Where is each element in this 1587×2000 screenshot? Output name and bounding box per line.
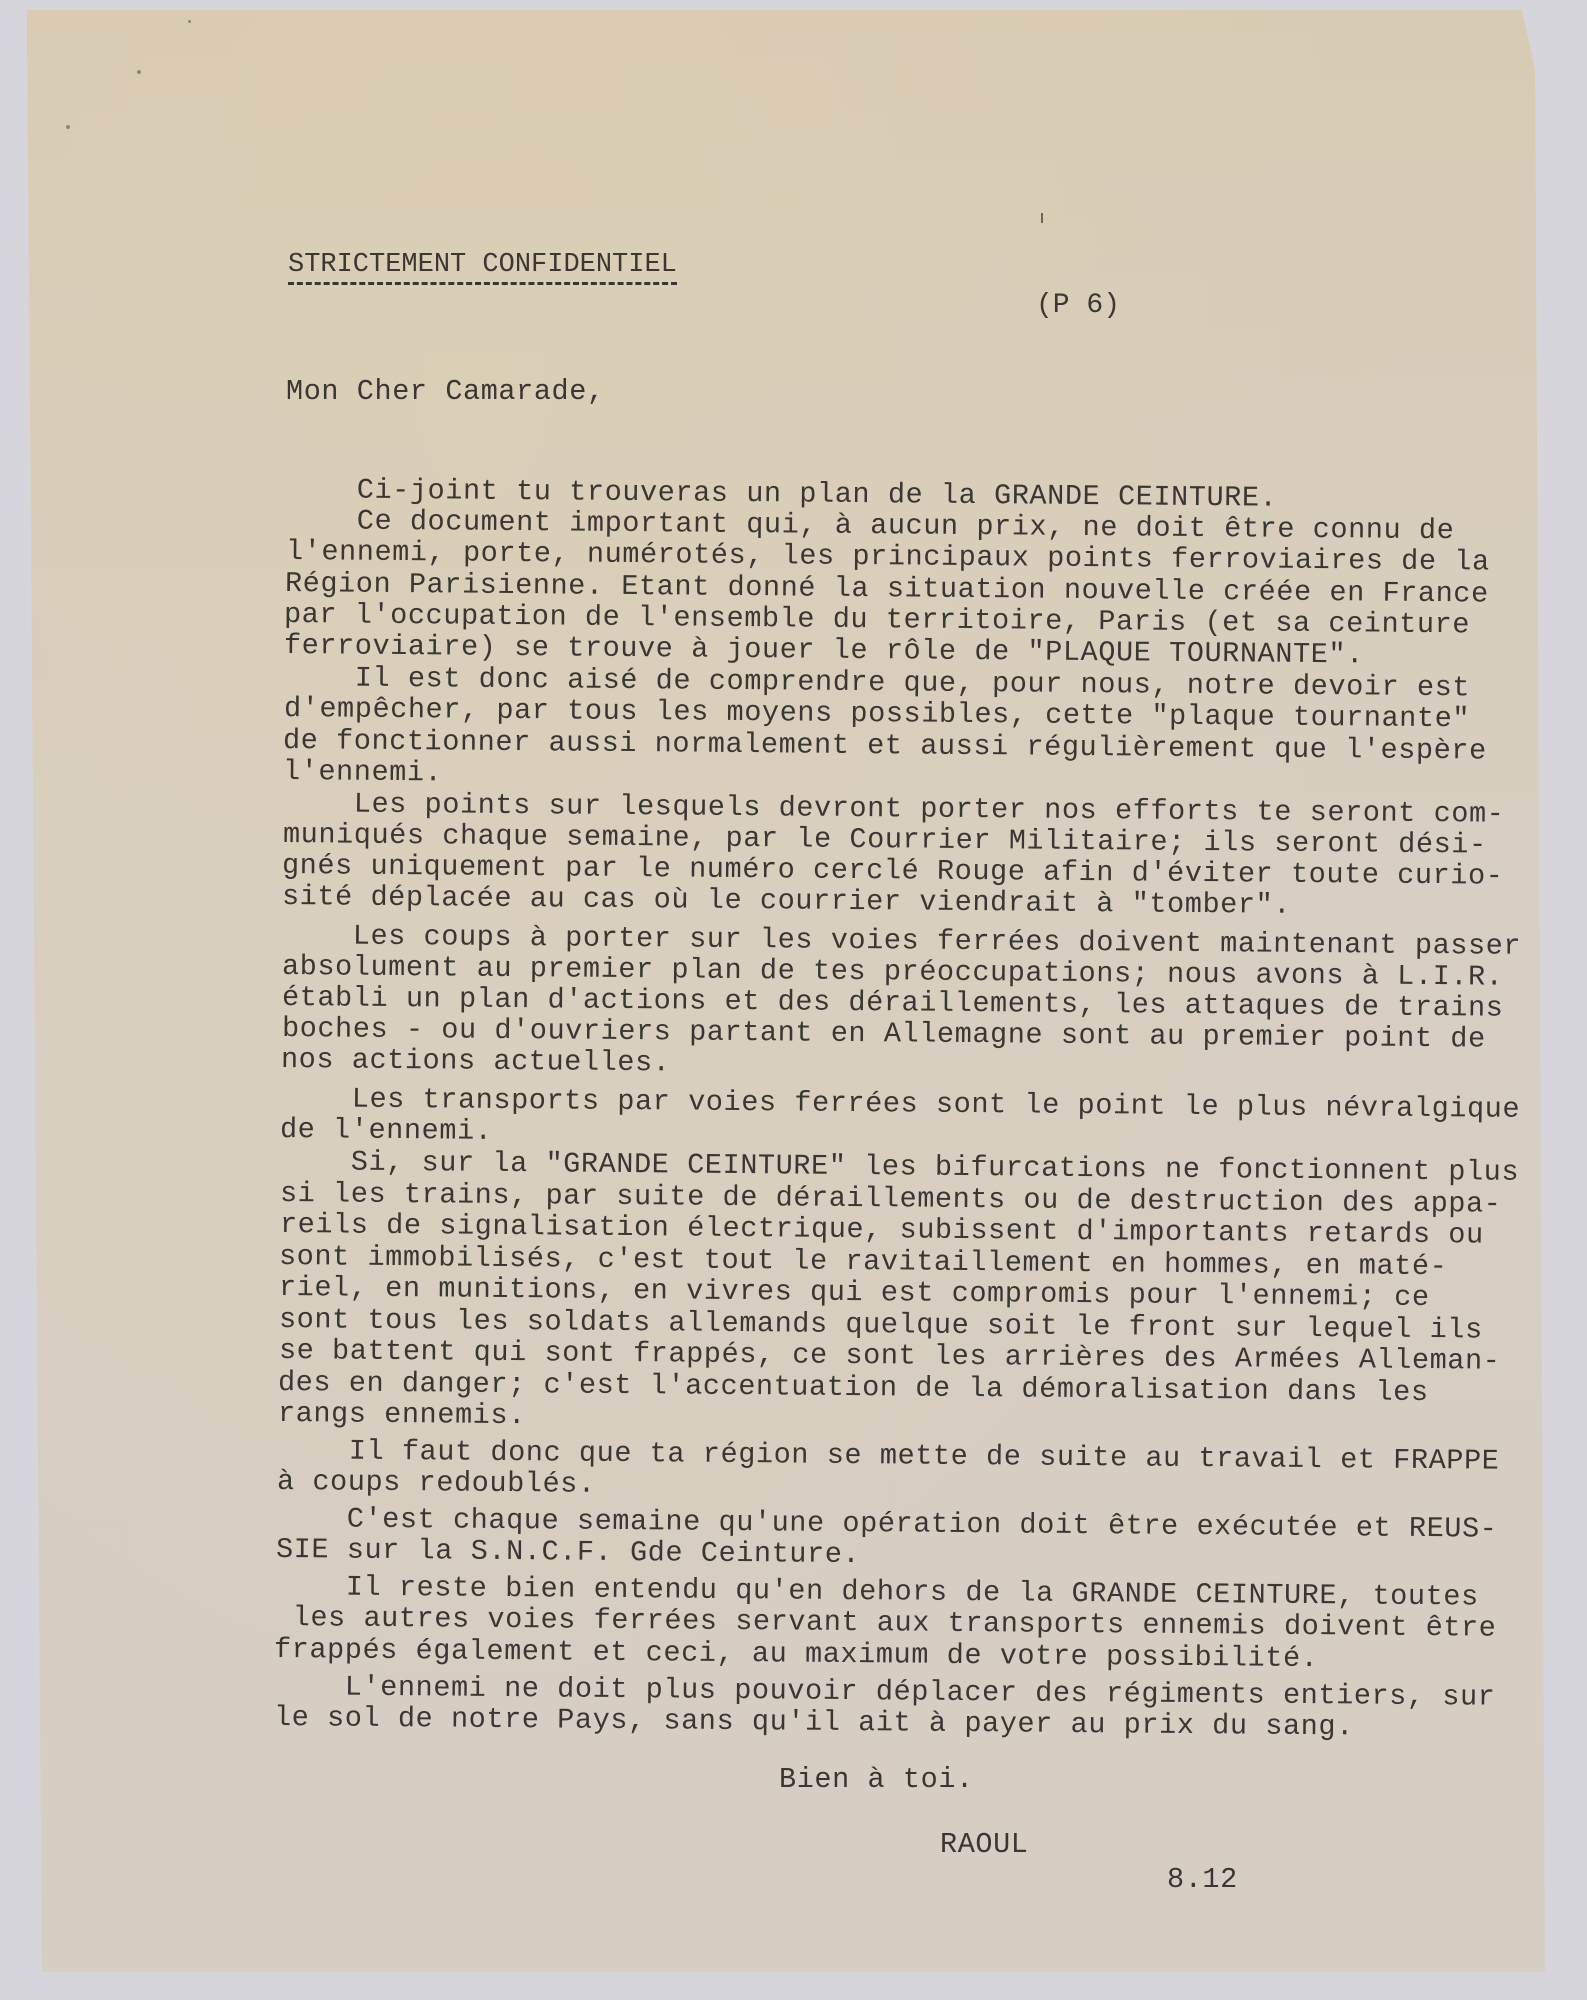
body-line: l'ennemi. [283, 758, 443, 788]
salutation: Mon Cher Camarade, [286, 378, 605, 407]
body-line: SIE sur la S.N.C.F. Gde Ceinture. [276, 1536, 860, 1570]
closing: Bien à toi. [779, 1766, 974, 1795]
paper-speck [137, 70, 141, 74]
classification-heading: STRICTEMENT CONFIDENTIEL [288, 250, 677, 285]
body-line: rangs ennemis. [278, 1400, 526, 1431]
typewriter-mark [1041, 213, 1043, 223]
page-reference: (P 6) [1036, 290, 1120, 321]
body-line: nos actions actuelles. [281, 1046, 671, 1078]
body-line: à coups redoublés. [277, 1468, 596, 1499]
date: 8.12 [1167, 1866, 1238, 1895]
paper-speck [66, 125, 70, 129]
paper-speck [188, 20, 191, 23]
signature: RAOUL [940, 1831, 1029, 1860]
body-line: de l'ennemi. [280, 1116, 493, 1146]
